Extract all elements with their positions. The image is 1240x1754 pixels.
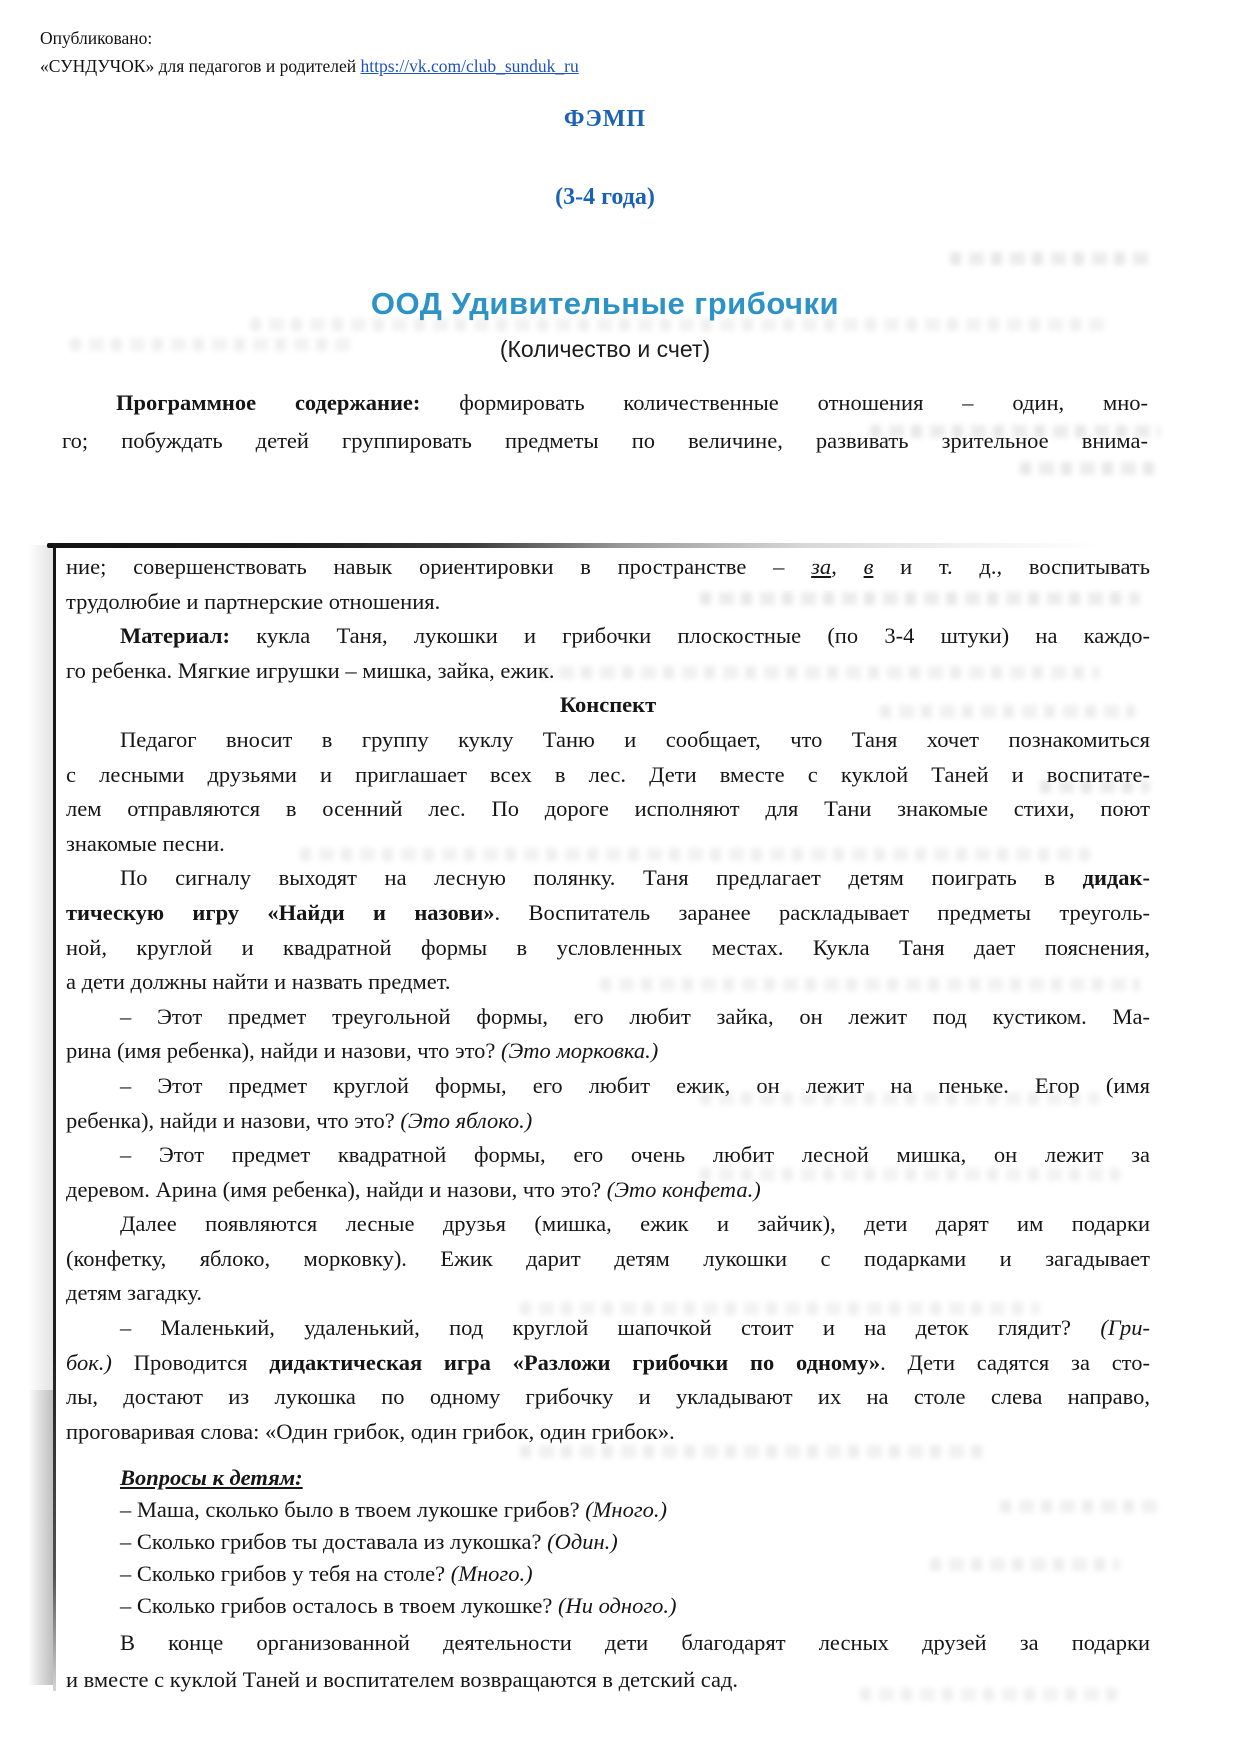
text-line: – Сколько грибов осталось в твоем лукошк…	[66, 1590, 1150, 1622]
lesson-subtitle: (Количество и счет)	[0, 336, 1210, 363]
text-line: с лесными друзьями и приглашает всех в л…	[66, 758, 1150, 793]
text-line: а дети должны найти и назвать предмет.	[66, 965, 1150, 1000]
text-line: – Этот предмет треугольной формы, его лю…	[66, 1000, 1150, 1035]
text-line: лы, достают из лукошка по одному грибочк…	[66, 1380, 1150, 1415]
text-line: (конфетку, яблоко, морковку). Ежик дарит…	[66, 1242, 1150, 1277]
source-text: «СУНДУЧОК» для педагогов и родителей	[40, 56, 361, 76]
table-border-left	[53, 543, 56, 1691]
text-line: В конце организованной деятельности дети…	[66, 1625, 1150, 1662]
lesson-title: ООД Удивительные грибочки	[0, 286, 1210, 322]
text-line: Далее появляются лесные друзья (мишка, е…	[66, 1207, 1150, 1242]
text-line: го ребенка. Мягкие игрушки – мишка, зайк…	[66, 654, 1150, 689]
text-line: – Сколько грибов ты доставала из лукошка…	[66, 1526, 1150, 1558]
text-line: По сигналу выходят на лесную полянку. Та…	[66, 861, 1150, 896]
text-line: знакомые песни.	[66, 827, 1150, 862]
text-line: го; побуждать детей группировать предмет…	[62, 422, 1148, 460]
questions-block: Вопросы к детям:– Маша, сколько было в т…	[66, 1462, 1150, 1622]
text-line: тическую игру «Найди и назови». Воспитат…	[66, 896, 1150, 931]
text-line: Материал: кукла Таня, лукошки и грибочки…	[66, 619, 1150, 654]
text-line: – Маленький, удаленький, под круглой шап…	[66, 1311, 1150, 1346]
dialogue-paragraph: – Этот предмет треугольной формы, его лю…	[66, 1000, 1150, 1069]
text-line: Педагог вносит в группу куклу Таню и соо…	[66, 723, 1150, 758]
text-line: Программное содержание: формировать коли…	[62, 384, 1148, 422]
text-line: бок.) Проводится дидактическая игра «Раз…	[66, 1346, 1150, 1381]
publication-header: Опубликовано: «СУНДУЧОК» для педагогов и…	[40, 24, 579, 80]
scan-edge-shadow-bottom	[28, 1390, 53, 1685]
text-line: ребенка), найди и назови, что это? (Это …	[66, 1104, 1150, 1139]
bleedthrough-smudge	[950, 252, 1155, 265]
konspekt-heading: Конспект	[66, 688, 1150, 723]
program-content-paragraph: Программное содержание: формировать коли…	[62, 384, 1148, 460]
text-line: – Этот предмет круглой формы, его любит …	[66, 1069, 1150, 1104]
body-paragraph: Далее появляются лесные друзья (мишка, е…	[66, 1207, 1150, 1311]
text-line: детям загадку.	[66, 1276, 1150, 1311]
body-paragraph: Педагог вносит в группу куклу Таню и соо…	[66, 723, 1150, 861]
text-line: и вместе с куклой Таней и воспитателем в…	[66, 1662, 1150, 1699]
text-line: – Маша, сколько было в твоем лукошке гри…	[66, 1494, 1150, 1526]
section-title: ФЭМП	[0, 106, 1210, 133]
material-paragraph: Материал: кукла Таня, лукошки и грибочки…	[66, 619, 1150, 688]
text-line: трудолюбие и партнерские отношения.	[66, 585, 1150, 620]
text-line: – Сколько грибов у тебя на столе? (Много…	[66, 1558, 1150, 1590]
riddle-paragraph: – Маленький, удаленький, под круглой шап…	[66, 1311, 1150, 1449]
source-line: «СУНДУЧОК» для педагогов и родителей htt…	[40, 52, 579, 80]
text-line: ние; совершенствовать навык ориентировки…	[66, 550, 1150, 585]
scanned-document-page: Опубликовано: «СУНДУЧОК» для педагогов и…	[0, 0, 1240, 1754]
source-link[interactable]: https://vk.com/club_sunduk_ru	[361, 56, 579, 76]
text-line: рина (имя ребенка), найди и назови, что …	[66, 1034, 1150, 1069]
dialogue-paragraph: – Этот предмет круглой формы, его любит …	[66, 1069, 1150, 1138]
program-content-continued: ние; совершенствовать навык ориентировки…	[66, 550, 1150, 619]
closing-paragraph: В конце организованной деятельности дети…	[66, 1625, 1150, 1698]
text-line: Конспект	[66, 688, 1150, 723]
body-paragraph: По сигналу выходят на лесную полянку. Та…	[66, 861, 1150, 999]
dialogue-paragraph: – Этот предмет квадратной формы, его оче…	[66, 1138, 1150, 1207]
text-line: – Этот предмет квадратной формы, его оче…	[66, 1138, 1150, 1173]
published-label: Опубликовано:	[40, 24, 579, 52]
text-line: деревом. Арина (имя ребенка), найди и на…	[66, 1173, 1150, 1208]
intro-block: Программное содержание: формировать коли…	[62, 384, 1148, 460]
text-line: лем отправляются в осенний лес. По дорог…	[66, 792, 1150, 827]
age-title: (3-4 года)	[0, 184, 1210, 211]
text-line: Вопросы к детям:	[66, 1462, 1150, 1494]
document-body: ние; совершенствовать навык ориентировки…	[66, 550, 1150, 1698]
text-line: ной, круглой и квадратной формы в условл…	[66, 931, 1150, 966]
text-line: проговаривая слова: «Один грибок, один г…	[66, 1415, 1150, 1450]
table-border-top	[47, 543, 1157, 548]
bleedthrough-smudge	[1020, 462, 1160, 475]
